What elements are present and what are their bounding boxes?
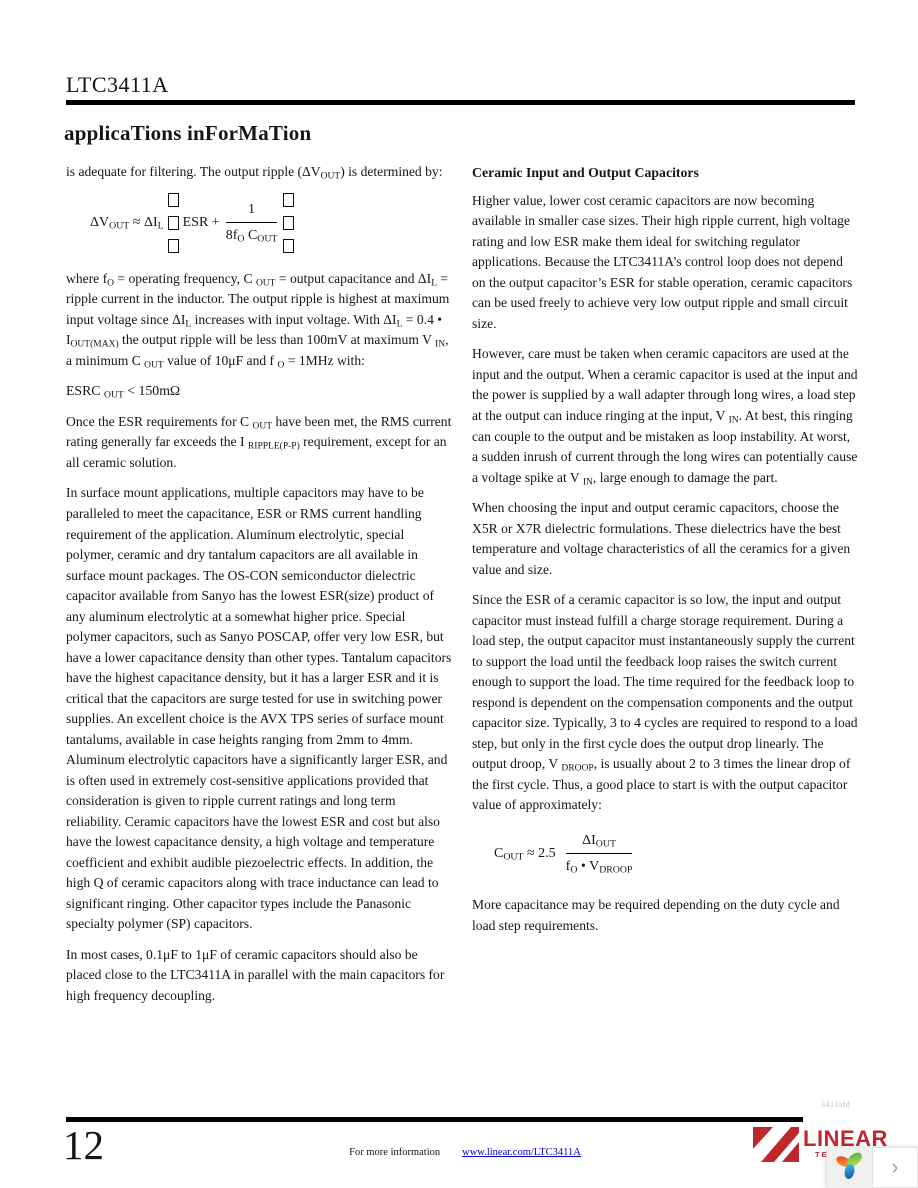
formula-lhs: ΔVOUT ≈ ΔIL: [90, 212, 164, 233]
footer-rule: [66, 1117, 803, 1122]
formula-term: ESR +: [183, 212, 220, 233]
fraction-numerator: ΔIOUT: [566, 830, 633, 854]
paragraph: Since the ESR of a ceramic capacitor is …: [472, 590, 858, 816]
footer-info: For more information www.linear.com/LTC3…: [300, 1147, 630, 1158]
revision-code: 3411afd: [821, 1100, 850, 1109]
subsection-heading: Ceramic Input and Output Capacitors: [472, 163, 858, 184]
datasheet-page: LTC3411A applicaTions inForMaTion is ade…: [0, 0, 918, 1188]
paragraph: Higher value, lower cost ceramic capacit…: [472, 191, 858, 335]
right-bracket-boxes: [283, 193, 294, 253]
trefoil-logo-icon: [835, 1150, 865, 1185]
assistant-logo-button[interactable]: [827, 1147, 872, 1188]
formula-output-capacitor: COUT ≈ 2.5 ΔIOUT fO • VDROOP: [494, 830, 858, 877]
section-title: applicaTions inForMaTion: [64, 121, 311, 146]
chevron-right-icon: ›: [892, 1157, 898, 1179]
header-rule: [66, 100, 855, 105]
paragraph: Once the ESR requirements for C OUT have…: [66, 412, 452, 474]
fraction-denominator: 8fO COUT: [226, 223, 278, 246]
page-number: 12: [63, 1121, 104, 1169]
bracket-box-glyph: [283, 216, 294, 230]
fraction-numerator: 1: [226, 199, 278, 223]
paragraph: More capacitance may be required dependi…: [472, 895, 858, 936]
formula-lhs: COUT ≈ 2.5: [494, 843, 556, 864]
left-bracket-boxes: [168, 193, 179, 253]
fraction-denominator: fO • VDROOP: [566, 854, 633, 877]
lt-logo-icon: [752, 1126, 800, 1168]
paragraph: When choosing the input and output ceram…: [472, 498, 858, 580]
paragraph: In surface mount applications, multiple …: [66, 483, 452, 934]
paragraph: In most cases, 0.1μF to 1μF of ceramic c…: [66, 945, 452, 1007]
collapse-chevron-button[interactable]: ›: [872, 1147, 918, 1188]
bracket-box-glyph: [283, 239, 294, 253]
part-number-header: LTC3411A: [66, 72, 169, 98]
paragraph: where fO = operating frequency, C OUT = …: [66, 269, 452, 372]
bracket-box-glyph: [283, 193, 294, 207]
formula-output-ripple: ΔVOUT ≈ ΔIL ESR + 1 8fO COUT: [90, 193, 452, 253]
footer-more-info-label: For more information: [349, 1147, 440, 1158]
footer-link[interactable]: www.linear.com/LTC3411A: [462, 1147, 581, 1158]
bracket-box-glyph: [168, 216, 179, 230]
fraction: ΔIOUT fO • VDROOP: [566, 830, 633, 877]
formula-esr-limit: ESRC OUT < 150mΩ: [66, 381, 452, 402]
left-column: is adequate for filtering. The output ri…: [66, 162, 452, 1016]
bracket-box-glyph: [168, 193, 179, 207]
right-column: Ceramic Input and Output Capacitors High…: [472, 163, 858, 946]
bracket-box-glyph: [168, 239, 179, 253]
floating-assistant-widget: ›: [827, 1147, 918, 1188]
paragraph: However, care must be taken when ceramic…: [472, 344, 858, 488]
fraction: 1 8fO COUT: [226, 199, 278, 246]
paragraph: is adequate for filtering. The output ri…: [66, 162, 452, 183]
